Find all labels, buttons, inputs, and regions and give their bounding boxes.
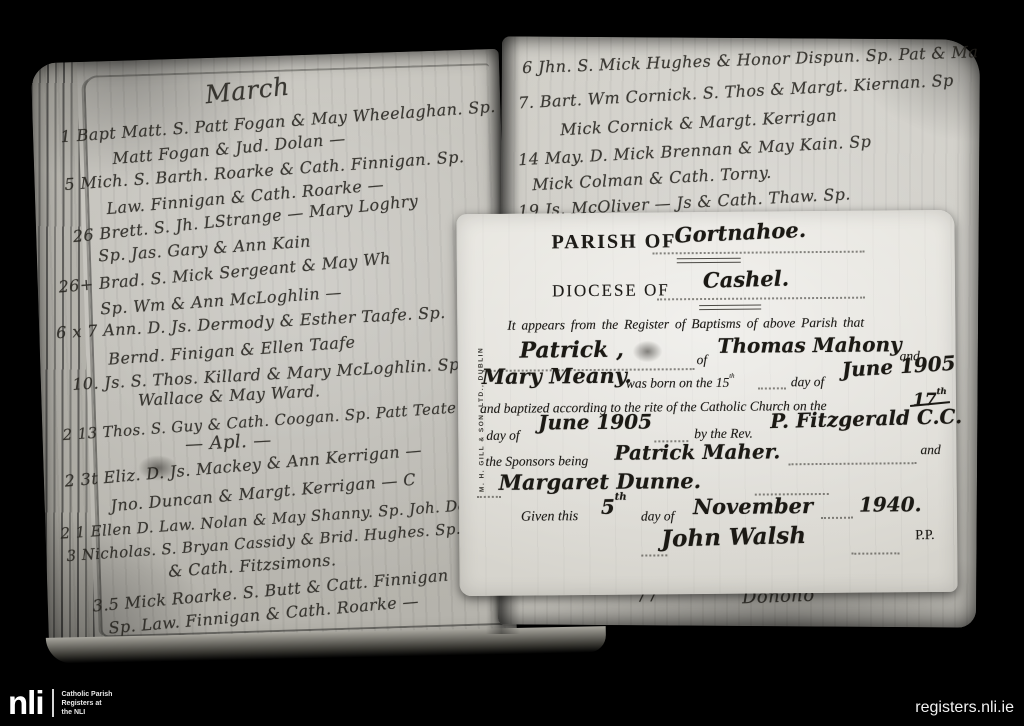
brand-caption: Catholic Parish Registers at the NLI bbox=[62, 690, 113, 717]
register-line: 6 Jhn. S. Mick Hughes & Honor Dispun. Sp… bbox=[522, 42, 978, 77]
diocese-value: Cashel. bbox=[703, 266, 790, 293]
ordinal-suffix: th bbox=[937, 387, 947, 397]
day-of-label: day of bbox=[486, 428, 520, 444]
brand-caption-line: the NLI bbox=[62, 708, 113, 717]
given-day: 5th bbox=[601, 495, 627, 519]
ordinal-suffix: th bbox=[729, 372, 734, 379]
and-label: and bbox=[920, 442, 940, 458]
child-name: Patrick , bbox=[519, 337, 624, 364]
ordinal-suffix: th bbox=[615, 491, 627, 502]
baptismal-certificate-card: M. H. GILL & SON, LTD., DUBLIN PARISH OF… bbox=[456, 210, 957, 596]
printer-imprint: M. H. GILL & SON, LTD., DUBLIN bbox=[477, 302, 486, 492]
day-of-label: day of bbox=[641, 508, 675, 524]
of-label: of bbox=[697, 352, 708, 368]
dotted-line bbox=[641, 554, 667, 556]
mother-name: Mary Meany. bbox=[482, 363, 632, 389]
sponsors-label: the Sponsors being bbox=[485, 453, 588, 470]
dotted-line bbox=[477, 496, 501, 498]
dotted-line bbox=[851, 552, 899, 554]
register-line: 7. Bart. Wm Cornick. S. Thos & Margt. Ki… bbox=[518, 71, 954, 113]
nli-branding: nli Catholic Parish Registers at the NLI bbox=[8, 688, 112, 718]
left-page-entries: March 1 Bapt Matt. S. Patt Fogan & May W… bbox=[0, 0, 506, 726]
pp-label: P.P. bbox=[915, 528, 935, 544]
parish-label: PARISH OF bbox=[551, 230, 676, 254]
dotted-line bbox=[657, 297, 865, 301]
reverend-name: P. Fitzgerald C.C. bbox=[770, 404, 962, 433]
double-rule bbox=[677, 258, 741, 264]
register-scan-viewer: March 1 Bapt Matt. S. Patt Fogan & May W… bbox=[0, 0, 1024, 726]
double-rule bbox=[699, 305, 761, 311]
dotted-line bbox=[758, 387, 786, 389]
dotted-line bbox=[789, 462, 917, 465]
register-line: Mick Cornick & Margt. Kerrigan bbox=[560, 106, 838, 139]
diocese-label: DIOCESE OF bbox=[552, 280, 670, 301]
ink-smudge bbox=[632, 340, 662, 362]
brand-divider bbox=[52, 689, 54, 717]
given-label: Given this bbox=[521, 509, 578, 525]
brand-caption-line: Catholic Parish bbox=[62, 690, 113, 699]
register-line: — Apl. — bbox=[185, 430, 273, 456]
born-text: was born on the 15th bbox=[626, 375, 735, 392]
month-heading: March bbox=[204, 72, 291, 110]
ink-smudge bbox=[138, 455, 178, 481]
given-month: November bbox=[693, 493, 813, 519]
given-year: 1940. bbox=[859, 492, 922, 517]
site-url: registers.nli.ie bbox=[915, 699, 1014, 717]
sponsor-1: Patrick Maher. bbox=[614, 439, 780, 464]
dotted-line bbox=[653, 251, 865, 255]
signature: John Walsh bbox=[661, 522, 806, 553]
day-of-label: day of bbox=[791, 374, 825, 390]
parish-value: Gortnahoe. bbox=[674, 217, 806, 248]
baptized-month-year: June 1905 bbox=[538, 409, 652, 434]
father-name: Thomas Mahony bbox=[717, 332, 901, 358]
certificate-intro-text: It appears from the Register of Baptisms… bbox=[507, 315, 864, 334]
sponsor-2: Margaret Dunne. bbox=[499, 468, 702, 495]
brand-caption-line: Registers at bbox=[62, 699, 113, 708]
dotted-line bbox=[821, 517, 853, 519]
nli-logo: nli bbox=[8, 688, 44, 718]
